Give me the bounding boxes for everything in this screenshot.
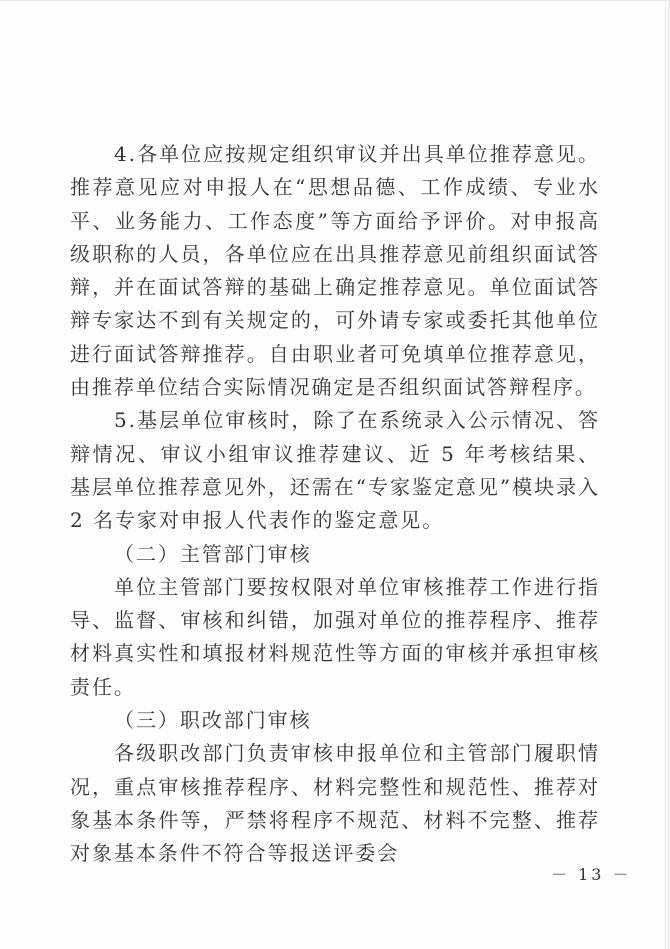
- section-heading-title-reform-review: （三）职改部门审核: [70, 704, 600, 737]
- paragraph-supervisor-review: 单位主管部门要按权限对单位审核推荐工作进行指导、监督、审核和纠错，加强对单位的推…: [70, 571, 600, 704]
- paragraph-title-reform-review: 各级职改部门负责审核申报单位和主管部门履职情况，重点审核推荐程序、材料完整性和规…: [70, 737, 600, 870]
- page-top-border: [0, 0, 670, 1]
- paragraph-item-5: 5.基层单位审核时，除了在系统录入公示情况、答辩情况、审议小组审议推荐建议、近 …: [70, 404, 600, 537]
- page-number: － 13 －: [551, 862, 632, 885]
- section-heading-supervisor-review: （二）主管部门审核: [70, 538, 600, 571]
- document-page: 4.各单位应按规定组织审议并出具单位推荐意见。推荐意见应对申报人在“思想品德、工…: [70, 138, 600, 871]
- paragraph-item-4: 4.各单位应按规定组织审议并出具单位推荐意见。推荐意见应对申报人在“思想品德、工…: [70, 138, 600, 404]
- page-right-border: [665, 0, 666, 949]
